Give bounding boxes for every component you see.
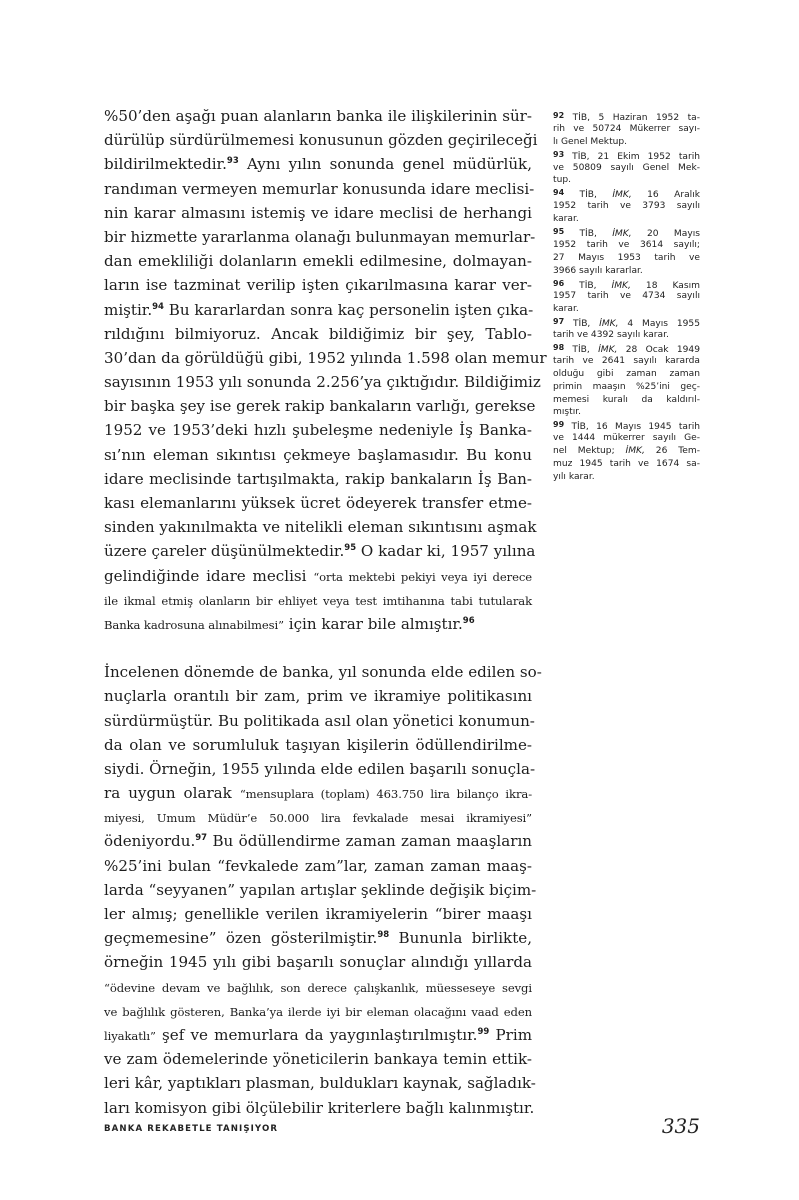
quotation: ve bağlılık gösteren, Banka’ya ilerde iy… bbox=[104, 1005, 532, 1019]
footnote-ref: 94 bbox=[152, 302, 164, 312]
footnote-line: tup. bbox=[553, 174, 700, 187]
text-run: TİB, 21 Ekim 1952 tarih bbox=[564, 152, 700, 162]
text-run: ların ise tazminat verilip işten çıkarıl… bbox=[104, 276, 532, 294]
italic-abbrev: İMK, bbox=[612, 229, 631, 239]
footnote-97: 97 TİB, İMK, 4 Mayıs 1955tarih ve 4392 s… bbox=[553, 316, 700, 342]
text-run: TİB, bbox=[564, 281, 611, 291]
text-line: ları komisyon gibi ölçülebilir kriterler… bbox=[104, 1096, 532, 1120]
text-run: muz 1945 tarih ve 1674 sa- bbox=[553, 459, 700, 469]
footnote-line: yılı karar. bbox=[553, 471, 700, 484]
text-line: sı’nın eleman sıkıntısı çekmeye başlamas… bbox=[104, 443, 532, 467]
text-line: rıldığını bilmiyoruz. Ancak bildiğimiz b… bbox=[104, 322, 532, 346]
text-run: ları komisyon gibi ölçülebilir kriterler… bbox=[104, 1099, 534, 1117]
text-run: Bu ödüllendirme zaman zaman maaşların bbox=[207, 832, 532, 850]
footnote-number: 94 bbox=[553, 188, 564, 197]
text-run: ra uygun olarak bbox=[104, 784, 240, 802]
footnote-92: 92 TİB, 5 Haziran 1952 ta-rih ve 50724 M… bbox=[553, 110, 700, 149]
text-run: karar. bbox=[553, 304, 579, 314]
text-line: nuçlarla orantılı bir zam, prim ve ikram… bbox=[104, 684, 532, 708]
footnote-line: ve 50809 sayılı Genel Mek- bbox=[553, 162, 700, 175]
text-line: dan emekliliği dolanların emekli edilmes… bbox=[104, 249, 532, 273]
footnote-number: 92 bbox=[553, 111, 564, 120]
text-run: TİB, bbox=[564, 229, 612, 239]
page-number: 335 bbox=[660, 1114, 700, 1138]
footnote-line: 3966 sayılı kararlar. bbox=[553, 265, 700, 278]
text-run: ler almış; genellikle verilen ikramiyele… bbox=[104, 905, 532, 923]
text-run: TİB, bbox=[564, 190, 612, 200]
footnote-line: rih ve 50724 Mükerrer sayı- bbox=[553, 123, 700, 136]
text-run: Prim bbox=[489, 1026, 532, 1044]
footnote-line: memesi kuralı da kaldırıl- bbox=[553, 394, 700, 407]
text-line: miyesi, Umum Müdür’e 50.000 lira fevkala… bbox=[104, 805, 532, 829]
text-run: dan emekliliği dolanların emekli edilmes… bbox=[104, 252, 532, 270]
footnote-line: 92 TİB, 5 Haziran 1952 ta- bbox=[553, 110, 700, 123]
text-line: geçmemesine” özen gösterilmiştir.98 Bunu… bbox=[104, 926, 532, 950]
footnote-98: 98 TİB, İMK, 28 Ocak 1949tarih ve 2641 s… bbox=[553, 342, 700, 419]
text-line: %25’ini bulan “fevkalede zam”lar, zaman … bbox=[104, 854, 532, 878]
text-run: mıştır. bbox=[553, 407, 581, 417]
footnote-number: 93 bbox=[553, 150, 564, 159]
text-run: %25’ini bulan “fevkalede zam”lar, zaman … bbox=[104, 857, 532, 875]
text-run: tarih ve 2641 sayılı kararda bbox=[553, 356, 700, 366]
main-text-column: %50’den aşağı puan alanların banka ile i… bbox=[104, 104, 532, 1120]
footnote-line: tarih ve 2641 sayılı kararda bbox=[553, 355, 700, 368]
text-run: 16 Aralık bbox=[632, 190, 700, 200]
text-line: ile ikmal etmiş olanların bir ehliyet ve… bbox=[104, 588, 532, 612]
text-run: üzere çareler düşünülmektedir. bbox=[104, 542, 344, 560]
text-run: sı’nın eleman sıkıntısı çekmeye başlamas… bbox=[104, 446, 532, 464]
paragraph-gap bbox=[104, 636, 532, 660]
footnote-line: 1952 tarih ve 3793 sayılı bbox=[553, 200, 700, 213]
text-run: 3966 sayılı kararlar. bbox=[553, 266, 643, 276]
text-run: şef ve memurlara da yaygınlaştırılmıştır… bbox=[156, 1026, 478, 1044]
quotation: “orta mektebi pekiyi veya iyi derece bbox=[313, 570, 532, 584]
running-title: BANKA REKABETLE TANIŞIYOR bbox=[104, 1124, 278, 1134]
text-run: 1952 ve 1953’deki hızlı şubeleşme nedeni… bbox=[104, 421, 532, 439]
text-run: larda “seyyanen” yapılan artışlar şeklin… bbox=[104, 881, 536, 899]
text-line: bildirilmektedir.93 Aynı yılın sonunda g… bbox=[104, 152, 532, 176]
text-run: memesi kuralı da kaldırıl- bbox=[553, 395, 700, 405]
text-line: sinden yakınılmakta ve nitelikli eleman … bbox=[104, 515, 532, 539]
text-run: örneğin 1945 yılı gibi başarılı sonuçlar… bbox=[104, 953, 532, 971]
footnote-line: 96 TİB, İMK, 18 Kasım bbox=[553, 278, 700, 291]
text-line: kası elemanlarını yüksek ücret ödeyerek … bbox=[104, 491, 532, 515]
footnote-line: ve 1444 mükerrer sayılı Ge- bbox=[553, 432, 700, 445]
footnotes-column: 92 TİB, 5 Haziran 1952 ta-rih ve 50724 M… bbox=[553, 110, 700, 484]
text-line: bir hizmette yararlanma olanağı bulunmay… bbox=[104, 225, 532, 249]
footnote-line: karar. bbox=[553, 213, 700, 226]
book-page: %50’den aşağı puan alanların banka ile i… bbox=[0, 0, 799, 1200]
text-line: İncelenen dönemde de banka, yıl sonunda … bbox=[104, 660, 532, 684]
quotation: Banka kadrosuna alınabilmesi” bbox=[104, 618, 284, 632]
footnote-line: 93 TİB, 21 Ekim 1952 tarih bbox=[553, 149, 700, 162]
text-run: 30’dan da görüldüğü gibi, 1952 yılında 1… bbox=[104, 349, 547, 367]
text-line: bir başka şey ise gerek rakip bankaların… bbox=[104, 394, 532, 418]
text-run: gelindiğinde idare meclisi bbox=[104, 567, 313, 585]
text-run: 28 Ocak 1949 bbox=[617, 345, 700, 355]
text-run: kası elemanlarını yüksek ücret ödeyerek … bbox=[104, 494, 532, 512]
footnote-line: 98 TİB, İMK, 28 Ocak 1949 bbox=[553, 342, 700, 355]
text-run: Aynı yılın sonunda genel müdürlük, bbox=[239, 155, 532, 173]
text-line: ların ise tazminat verilip işten çıkarıl… bbox=[104, 273, 532, 297]
text-line: randıman vermeyen memurlar konusunda ida… bbox=[104, 177, 532, 201]
text-line: sürdürmüştür. Bu politikada asıl olan yö… bbox=[104, 709, 532, 733]
text-line: miştir.94 Bu kararlardan sonra kaç perso… bbox=[104, 298, 532, 322]
text-run: primin maaşın %25’ini geç- bbox=[553, 382, 700, 392]
footnote-ref: 97 bbox=[195, 833, 207, 843]
text-line: ve bağlılık gösteren, Banka’ya ilerde iy… bbox=[104, 999, 532, 1023]
text-run: bildirilmektedir. bbox=[104, 155, 227, 173]
text-run: O kadar ki, 1957 yılına bbox=[356, 542, 535, 560]
footnote-93: 93 TİB, 21 Ekim 1952 tarihve 50809 sayıl… bbox=[553, 149, 700, 188]
text-line: %50’den aşağı puan alanların banka ile i… bbox=[104, 104, 532, 128]
footnote-line: lı Genel Mektup. bbox=[553, 136, 700, 149]
footnote-number: 99 bbox=[553, 420, 564, 429]
footnote-96: 96 TİB, İMK, 18 Kasım1957 tarih ve 4734 … bbox=[553, 278, 700, 317]
text-run: idare meclisinde tartışılmakta, rakip ba… bbox=[104, 470, 532, 488]
text-run: miştir. bbox=[104, 301, 152, 319]
text-run: lı Genel Mektup. bbox=[553, 137, 627, 147]
text-run: ve 50809 sayılı Genel Mek- bbox=[553, 163, 700, 173]
text-run: Bununla birlikte, bbox=[389, 929, 532, 947]
quotation: liyakatlı” bbox=[104, 1029, 156, 1043]
footnote-number: 98 bbox=[553, 343, 564, 352]
text-run: olduğu gibi zaman zaman bbox=[553, 369, 700, 379]
text-run: 18 Kasım bbox=[631, 281, 700, 291]
text-line: 30’dan da görüldüğü gibi, 1952 yılında 1… bbox=[104, 346, 532, 370]
text-run: bir hizmette yararlanma olanağı bulunmay… bbox=[104, 228, 535, 246]
text-run: 1957 tarih ve 4734 sayılı bbox=[553, 291, 700, 301]
text-run: bir başka şey ise gerek rakip bankaların… bbox=[104, 397, 535, 415]
italic-abbrev: İMK, bbox=[598, 345, 617, 355]
footnote-94: 94 TİB, İMK, 16 Aralık1952 tarih ve 3793… bbox=[553, 187, 700, 226]
text-line: larda “seyyanen” yapılan artışlar şeklin… bbox=[104, 878, 532, 902]
text-run: tarih ve 4392 sayılı karar. bbox=[553, 330, 669, 340]
quotation: ile ikmal etmiş olanların bir ehliyet ve… bbox=[104, 594, 532, 608]
text-run: sürdürmüştür. Bu politikada asıl olan yö… bbox=[104, 712, 535, 730]
text-run: İncelenen dönemde de banka, yıl sonunda … bbox=[104, 663, 542, 681]
text-line: gelindiğinde idare meclisi “orta mektebi… bbox=[104, 564, 532, 588]
text-run: sinden yakınılmakta ve nitelikli eleman … bbox=[104, 518, 536, 536]
text-line: örneğin 1945 yılı gibi başarılı sonuçlar… bbox=[104, 950, 532, 974]
text-run: %50’den aşağı puan alanların banka ile i… bbox=[104, 107, 532, 125]
footnote-line: 27 Mayıs 1953 tarih ve bbox=[553, 252, 700, 265]
text-line: ra uygun olarak “mensuplara (toplam) 463… bbox=[104, 781, 532, 805]
footnote-ref: 93 bbox=[227, 156, 239, 166]
footnote-ref: 96 bbox=[463, 616, 475, 626]
text-run: TİB, 5 Haziran 1952 ta- bbox=[564, 113, 700, 123]
text-run: rıldığını bilmiyoruz. Ancak bildiğimiz b… bbox=[104, 325, 532, 343]
italic-abbrev: İMK, bbox=[612, 281, 631, 291]
quotation: miyesi, Umum Müdür’e 50.000 lira fevkala… bbox=[104, 811, 532, 825]
text-run: tup. bbox=[553, 175, 571, 185]
text-line: ödeniyordu.97 Bu ödüllendirme zaman zama… bbox=[104, 829, 532, 853]
text-run: randıman vermeyen memurlar konusunda ida… bbox=[104, 180, 534, 198]
text-line: siydi. Örneğin, 1955 yılında elde edilen… bbox=[104, 757, 532, 781]
text-run: TİB, 16 Mayıs 1945 tarih bbox=[564, 422, 700, 432]
footnote-line: primin maaşın %25’ini geç- bbox=[553, 381, 700, 394]
text-run: 20 Mayıs bbox=[632, 229, 700, 239]
text-line: idare meclisinde tartışılmakta, rakip ba… bbox=[104, 467, 532, 491]
footnote-line: karar. bbox=[553, 303, 700, 316]
text-run: nuçlarla orantılı bir zam, prim ve ikram… bbox=[104, 687, 532, 705]
text-line: nin karar almasını istemiş ve idare mecl… bbox=[104, 201, 532, 225]
text-run: 26 Tem- bbox=[645, 446, 700, 456]
footnote-line: 95 TİB, İMK, 20 Mayıs bbox=[553, 226, 700, 239]
footnote-line: 94 TİB, İMK, 16 Aralık bbox=[553, 187, 700, 200]
text-run: TİB, bbox=[564, 319, 599, 329]
text-run: leri kâr, yaptıkları plasman, buldukları… bbox=[104, 1074, 536, 1092]
text-run: geçmemesine” özen gösterilmiştir. bbox=[104, 929, 377, 947]
footnote-line: 1957 tarih ve 4734 sayılı bbox=[553, 290, 700, 303]
footnote-ref: 95 bbox=[344, 543, 356, 553]
text-line: liyakatlı” şef ve memurlara da yaygınlaş… bbox=[104, 1023, 532, 1047]
text-run: rih ve 50724 Mükerrer sayı- bbox=[553, 124, 700, 134]
text-run: dürülüp sürdürülmemesi konusunun gözden … bbox=[104, 131, 538, 149]
text-run: nel Mektup; bbox=[553, 446, 626, 456]
footnote-line: 1952 tarih ve 3614 sayılı; bbox=[553, 239, 700, 252]
text-run: nin karar almasını istemiş ve idare mecl… bbox=[104, 204, 532, 222]
text-run: 1952 tarih ve 3614 sayılı; bbox=[553, 240, 700, 250]
footnote-ref: 99 bbox=[477, 1027, 489, 1037]
text-line: ler almış; genellikle verilen ikramiyele… bbox=[104, 902, 532, 926]
paragraph: %50’den aşağı puan alanların banka ile i… bbox=[104, 104, 532, 636]
text-run: karar. bbox=[553, 214, 579, 224]
text-line: sayısının 1953 yılı sonunda 2.256’ya çık… bbox=[104, 370, 532, 394]
text-run: 1952 tarih ve 3793 sayılı bbox=[553, 201, 700, 211]
footnote-line: tarih ve 4392 sayılı karar. bbox=[553, 329, 700, 342]
text-line: 1952 ve 1953’deki hızlı şubeleşme nedeni… bbox=[104, 418, 532, 442]
footnote-line: 99 TİB, 16 Mayıs 1945 tarih bbox=[553, 419, 700, 432]
italic-abbrev: İMK, bbox=[599, 319, 618, 329]
quotation: “ödevine devam ve bağlılık, son derece ç… bbox=[104, 981, 532, 995]
footnote-ref: 98 bbox=[377, 930, 389, 940]
footnote-line: mıştır. bbox=[553, 406, 700, 419]
text-run: ve 1444 mükerrer sayılı Ge- bbox=[553, 433, 700, 443]
quotation: “mensuplara (toplam) 463.750 lira bilanç… bbox=[240, 787, 532, 801]
footnote-line: nel Mektup; İMK, 26 Tem- bbox=[553, 445, 700, 458]
paragraph: İncelenen dönemde de banka, yıl sonunda … bbox=[104, 660, 532, 1120]
footnote-number: 95 bbox=[553, 227, 564, 236]
text-run: 27 Mayıs 1953 tarih ve bbox=[553, 253, 700, 263]
italic-abbrev: İMK, bbox=[612, 190, 631, 200]
footnote-number: 97 bbox=[553, 317, 564, 326]
text-run: siydi. Örneğin, 1955 yılında elde edilen… bbox=[104, 760, 535, 778]
text-line: ve zam ödemelerinde yöneticilerin bankay… bbox=[104, 1047, 532, 1071]
text-run: 4 Mayıs 1955 bbox=[619, 319, 700, 329]
text-line: da olan ve sorumluluk taşıyan kişilerin … bbox=[104, 733, 532, 757]
footnote-99: 99 TİB, 16 Mayıs 1945 tarihve 1444 müker… bbox=[553, 419, 700, 483]
text-run: sayısının 1953 yılı sonunda 2.256’ya çık… bbox=[104, 373, 541, 391]
text-run: Bu kararlardan sonra kaç personelin işte… bbox=[164, 301, 533, 319]
italic-abbrev: İMK, bbox=[626, 446, 645, 456]
text-line: leri kâr, yaptıkları plasman, buldukları… bbox=[104, 1071, 532, 1095]
footnote-number: 96 bbox=[553, 279, 564, 288]
text-line: üzere çareler düşünülmektedir.95 O kadar… bbox=[104, 539, 532, 563]
footnote-line: 97 TİB, İMK, 4 Mayıs 1955 bbox=[553, 316, 700, 329]
text-line: Banka kadrosuna alınabilmesi” için karar… bbox=[104, 612, 532, 636]
text-line: “ödevine devam ve bağlılık, son derece ç… bbox=[104, 975, 532, 999]
footnote-95: 95 TİB, İMK, 20 Mayıs1952 tarih ve 3614 … bbox=[553, 226, 700, 278]
footnote-line: olduğu gibi zaman zaman bbox=[553, 368, 700, 381]
text-line: dürülüp sürdürülmemesi konusunun gözden … bbox=[104, 128, 532, 152]
text-run: da olan ve sorumluluk taşıyan kişilerin … bbox=[104, 736, 532, 754]
text-run: ödeniyordu. bbox=[104, 832, 195, 850]
text-run: ve zam ödemelerinde yöneticilerin bankay… bbox=[104, 1050, 532, 1068]
text-run: yılı karar. bbox=[553, 472, 595, 482]
footnote-line: muz 1945 tarih ve 1674 sa- bbox=[553, 458, 700, 471]
text-run: TİB, bbox=[564, 345, 598, 355]
text-run: için karar bile almıştır. bbox=[284, 615, 463, 633]
